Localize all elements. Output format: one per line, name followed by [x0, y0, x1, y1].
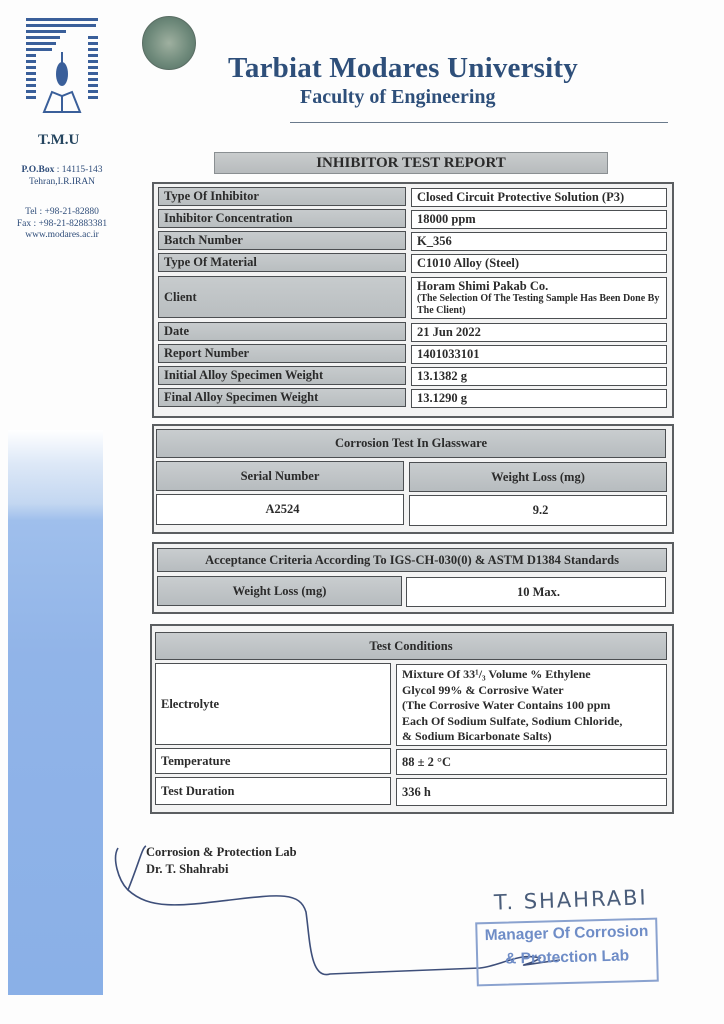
- stamp-line: Manager Of Corrosion: [477, 920, 656, 949]
- stamp-line: & Protection Lab: [478, 944, 657, 973]
- signatory-name: Dr. T. Shahrabi: [146, 861, 297, 878]
- signature-scribble-icon: [0, 0, 724, 1024]
- lab-name: Corrosion & Protection Lab: [146, 844, 297, 861]
- signature-block: Corrosion & Protection Lab Dr. T. Shahra…: [146, 844, 297, 878]
- official-stamp: Manager Of Corrosion & Protection Lab: [475, 918, 659, 987]
